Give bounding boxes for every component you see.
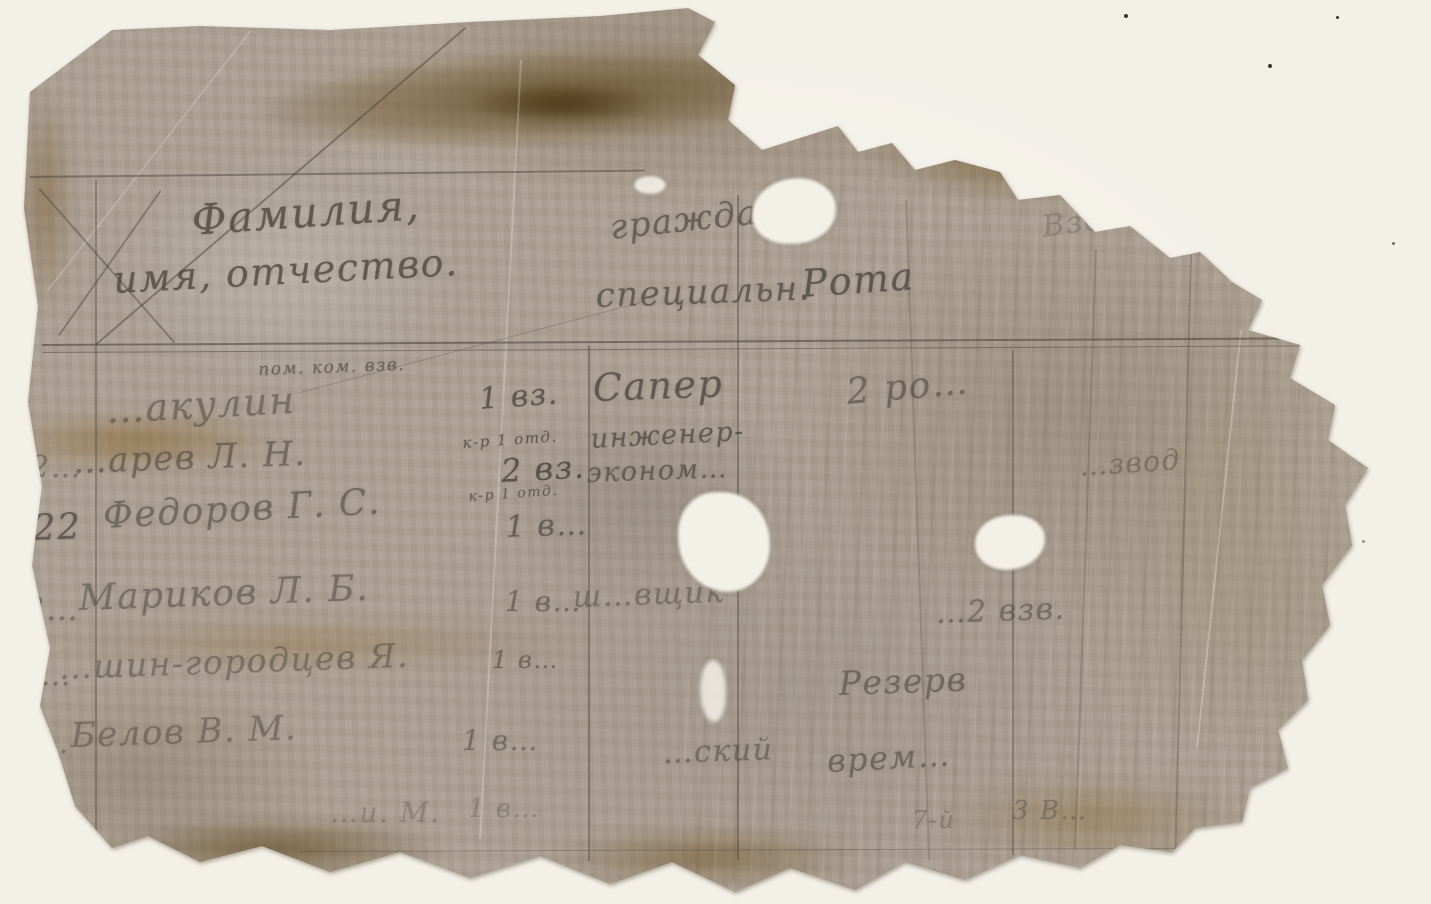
row5-platoon: 1 в… — [492, 646, 559, 674]
stain-corner-left — [14, 84, 76, 314]
header-col-company: Рота — [800, 254, 916, 306]
diagonal-stroke-box — [300, 302, 641, 393]
hole-top-edge — [733, 38, 763, 84]
row7-company: 7-й — [912, 806, 955, 834]
row6-specialty: …ский — [662, 732, 774, 771]
row1-company: 2 ро… — [845, 361, 971, 413]
row6-name: Белов В. М. — [70, 708, 298, 756]
hole-top — [752, 178, 836, 244]
stain-top — [258, 37, 822, 158]
paper-surface: Фамилия, имя, отчество. гражда… специаль… — [0, 0, 1431, 904]
header-rule-double-a — [42, 337, 1312, 345]
header-col-platoon-fragment: Взв… — [1040, 197, 1136, 244]
row4-name: Мариков Л. Б. — [78, 568, 370, 619]
row2-name: …арев Л. Н. — [72, 434, 307, 482]
row3-rank-note: к-р 1 отд. — [468, 483, 559, 505]
row2-rank-note: к-р 1 отд. — [462, 427, 558, 452]
stain-bottom-mid — [550, 826, 860, 888]
row7-extra: 3 В… — [1012, 796, 1088, 826]
row4-number: 2… — [24, 590, 79, 628]
row2-platoon-right: …звод — [1078, 443, 1182, 483]
header-col-name-line2: имя, отчество. — [112, 240, 460, 302]
row6-extra: врем… — [826, 736, 952, 780]
row7-name: …и. М. — [330, 796, 440, 829]
row1-specialty: Сапер — [592, 361, 724, 410]
hole-center-right — [975, 515, 1045, 570]
annotation-above-row1: пом. ком. взв. — [258, 355, 405, 380]
header-rule-double-b — [42, 345, 1312, 353]
row3-number: 22 — [32, 506, 82, 549]
row1-name: …акулин — [105, 378, 297, 432]
row4-platoon: 1 в… — [505, 585, 582, 618]
row5-reserve: Резерв — [838, 660, 968, 703]
paper-fragment: Фамилия, имя, отчество. гражда… специаль… — [0, 0, 1431, 904]
row6-platoon: 1 в… — [462, 724, 539, 757]
row2-specialty-line2: эконом… — [586, 453, 728, 489]
header-col-specialty-line2: специальн. — [595, 268, 812, 315]
row3-name: Федоров Г. С. — [102, 481, 382, 536]
bottom-rule — [300, 848, 1240, 852]
hole-mid-sliver — [700, 660, 726, 722]
hole-top-small — [634, 176, 666, 194]
row6-number: 2… — [18, 726, 70, 761]
row7-platoon: 1 в… — [468, 794, 540, 824]
row1-platoon: 1 вз. — [478, 376, 560, 416]
header-col-name-line1: Фамилия, — [190, 180, 422, 245]
crease-line — [1196, 330, 1242, 748]
row2-specialty-line1: инженер- — [590, 416, 745, 455]
header-rule-top — [30, 170, 645, 178]
column-line-5 — [1174, 255, 1191, 855]
row3-platoon: 1 в… — [505, 507, 588, 545]
row5-name: …шин-городцев Я. — [58, 636, 409, 687]
row4-platoon-right: …2 взв. — [935, 591, 1066, 631]
document-scan: Фамилия, имя, отчество. гражда… специаль… — [0, 0, 1431, 904]
stain-top-right — [845, 96, 1135, 224]
stain-top-dark — [470, 82, 660, 126]
stain-right-wash — [1110, 290, 1350, 720]
